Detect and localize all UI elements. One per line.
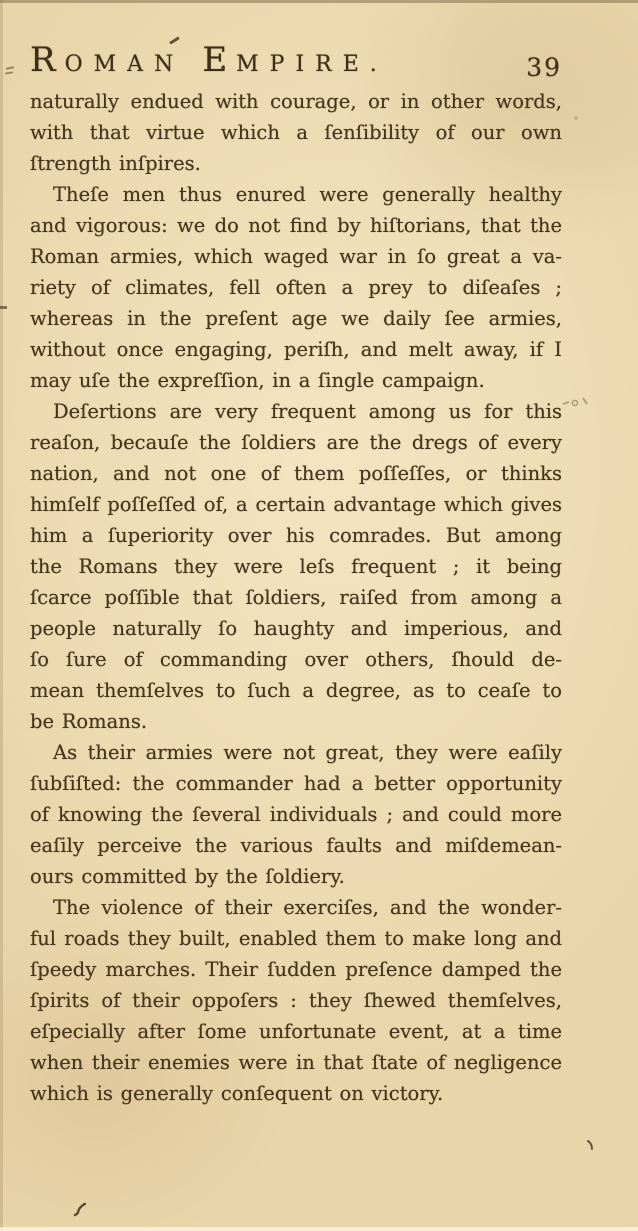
ink-squiggle-bottom-left [73, 1201, 87, 1217]
text-line: and vigorous: we do not find by hiſtoria… [30, 210, 562, 241]
text-line: the Romans they were leſs frequent ; it … [30, 551, 562, 582]
text-line: whereas in the preſent age we daily ſee … [30, 303, 562, 334]
text-line: naturally endued with courage, or in oth… [30, 86, 562, 117]
text-line: ſubſiſted: the commander had a better op… [30, 768, 562, 799]
text-line: with that virtue which a ſenſibility of … [30, 117, 562, 148]
text-line: without once engaging, periſh, and melt … [30, 334, 562, 365]
text-line: him a ſuperiority over his comrades. But… [30, 520, 562, 551]
paragraph: Deſertions are very frequent among us fo… [30, 396, 562, 737]
text-line: eſpecially after ſome unfortunate event,… [30, 1016, 562, 1047]
scan-edge-left [0, 0, 3, 1231]
text-line: mean themſelves to ſuch a degree, as to … [30, 675, 562, 706]
header-title-rest-1: OMAN [65, 52, 185, 77]
text-line: may uſe the expreſſion, in a ſingle camp… [30, 365, 562, 396]
paragraph: The violence of their exerciſes, and the… [30, 892, 562, 1109]
text-line: eaſily perceive the various faults and m… [30, 830, 562, 861]
header-title-rest-2: MPIRE. [236, 52, 388, 77]
header-title-initial-2: E [202, 40, 236, 80]
text-line: which is generally conſequent on victory… [30, 1078, 562, 1109]
text-line: himſelf poſſeſſed of, a certain advantag… [30, 489, 562, 520]
text-line: ſo ſure of commanding over others, ſhoul… [30, 644, 562, 675]
text-line: ful roads they built, enabled them to ma… [30, 923, 562, 954]
ink-speck-left-margin [6, 66, 14, 70]
text-line: Roman armies, which waged war in ſo grea… [30, 241, 562, 272]
ink-squiggle-right-margin [561, 395, 591, 411]
text-line: people naturally ſo haughty and imperiou… [30, 613, 562, 644]
text-line: ſpirits of their oppoſers : they ſhewed … [30, 985, 562, 1016]
text-line: of knowing the ſeveral individuals ; and… [30, 799, 562, 830]
text-line: ſcarce poſſible that ſoldiers, raiſed fr… [30, 582, 562, 613]
text-line: As their armies were not great, they wer… [30, 737, 562, 768]
paragraph: naturally endued with courage, or in oth… [30, 86, 562, 179]
text-line: ſtrength inſpires. [30, 148, 562, 179]
running-header: ROMANEMPIRE. 39 [30, 40, 564, 80]
text-line: The violence of their exerciſes, and the… [30, 892, 562, 923]
text-line: riety of climates, fell often a prey to … [30, 272, 562, 303]
text-line: ours committed by the ſoldiery. [30, 861, 562, 892]
header-title: ROMANEMPIRE. [30, 40, 388, 80]
text-line: ſpeedy marches. Their ſudden preſence da… [30, 954, 562, 985]
scan-edge-bottom [0, 1227, 638, 1231]
text-line: reaſon, becauſe the ſoldiers are the dre… [30, 427, 562, 458]
ink-tick-top-right [586, 1139, 594, 1150]
body-text: naturally endued with courage, or in oth… [30, 86, 562, 1109]
paragraph: As their armies were not great, they wer… [30, 737, 562, 892]
header-title-initial-1: R [30, 40, 65, 80]
page-number: 39 [526, 53, 564, 82]
paragraph: Theſe men thus enured were generally hea… [30, 179, 562, 396]
ink-fleck-right-margin [574, 116, 578, 120]
ink-speck-left-margin [5, 71, 13, 74]
text-line: nation, and not one of them poſſeſſes, o… [30, 458, 562, 489]
scan-edge-top [0, 0, 638, 3]
text-line: be Romans. [30, 706, 562, 737]
book-page-scan: ROMANEMPIRE. 39 naturally endued with co… [0, 0, 638, 1231]
text-line: when their enemies were in that ſtate of… [30, 1047, 562, 1078]
text-line: Deſertions are very frequent among us fo… [30, 396, 562, 427]
text-line: Theſe men thus enured were generally hea… [30, 179, 562, 210]
